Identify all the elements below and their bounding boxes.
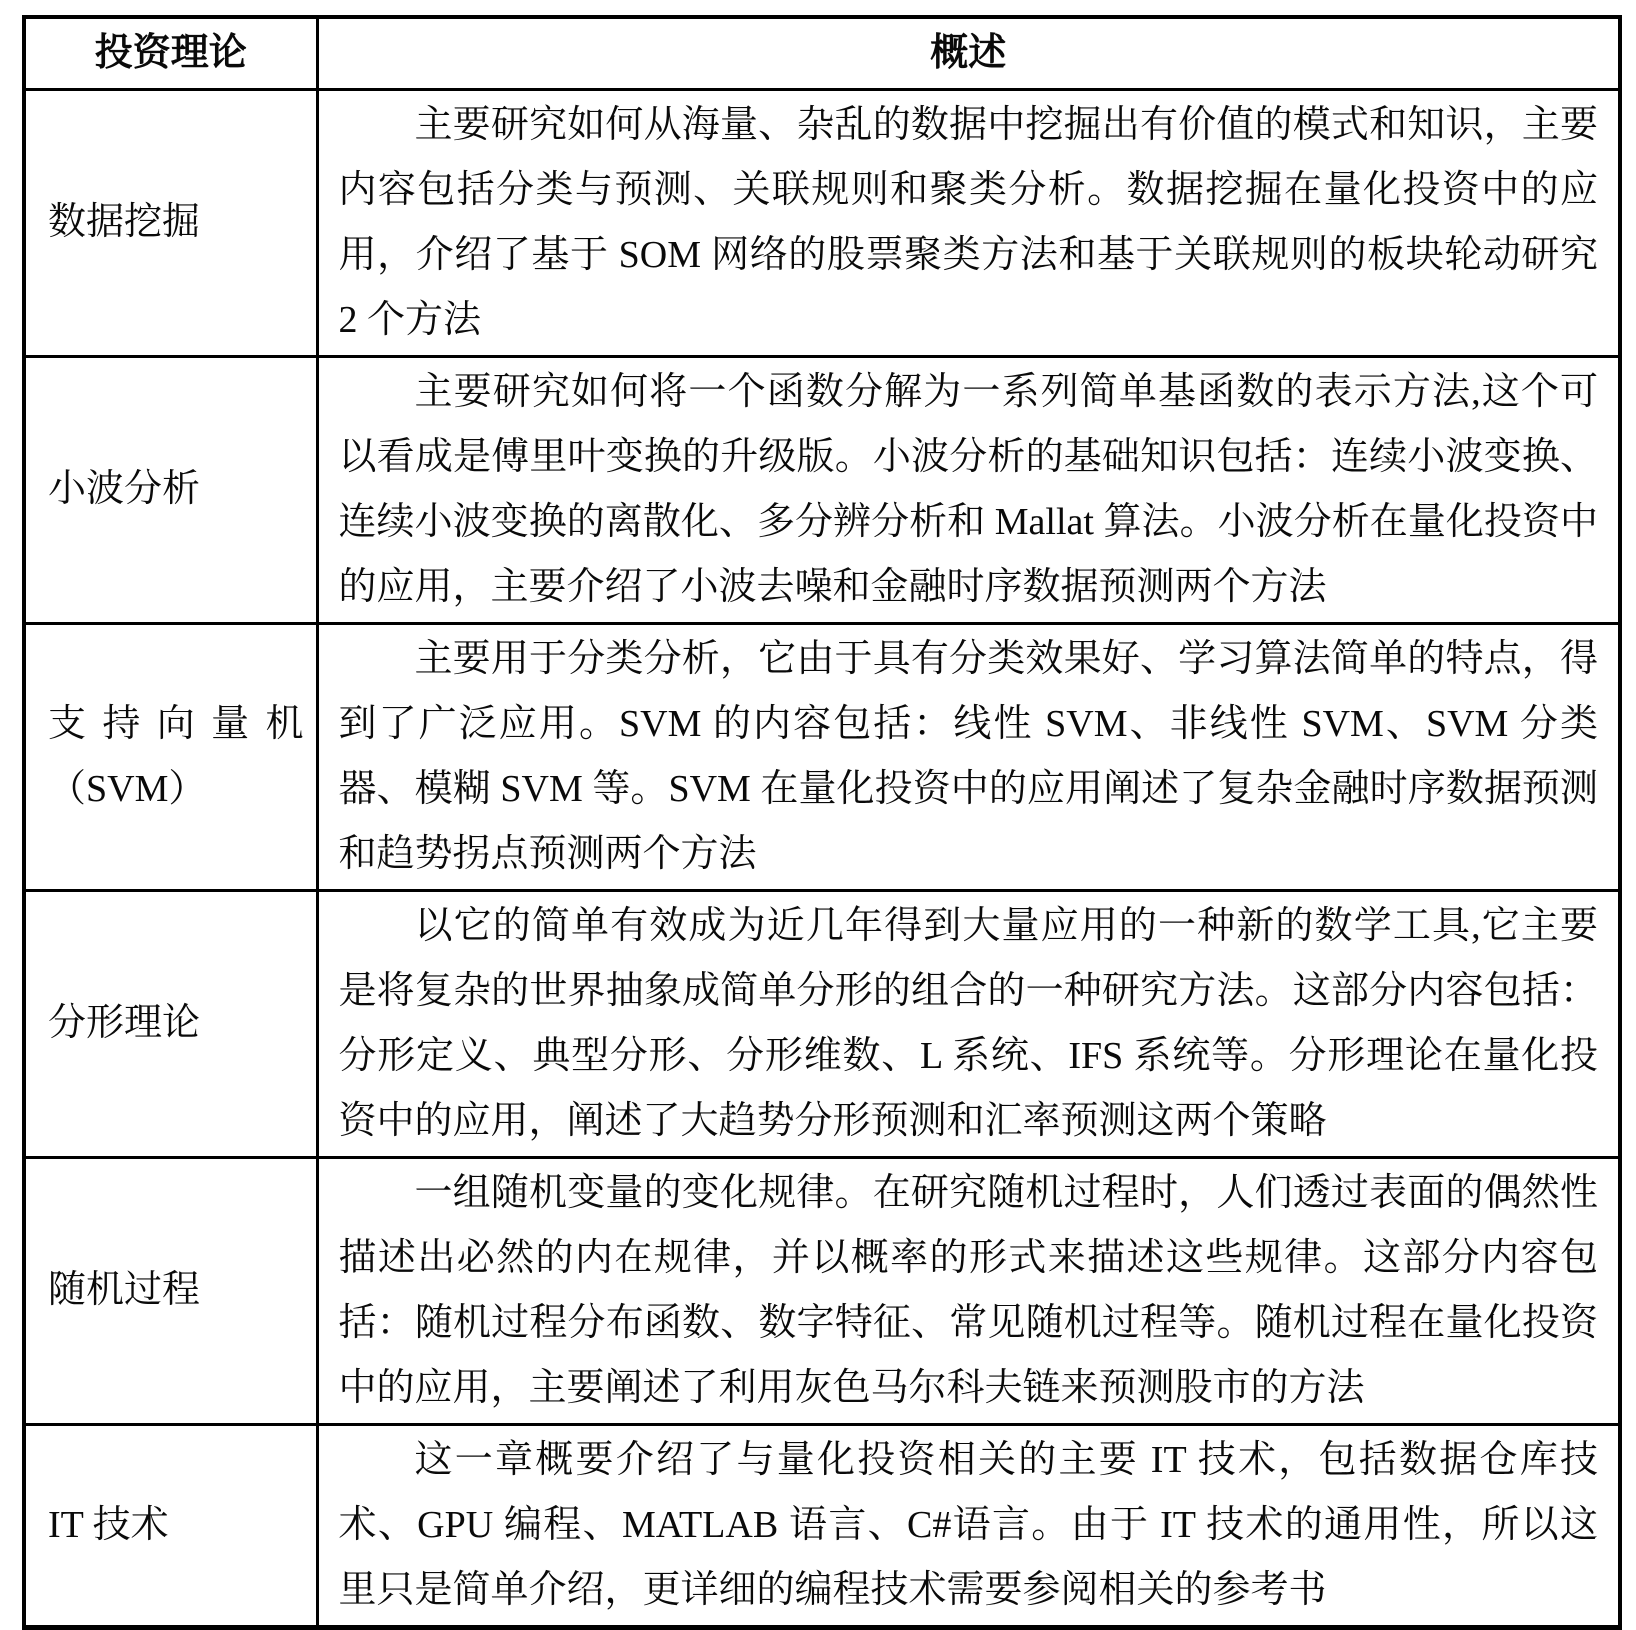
- table-row: 分形理论 以它的简单有效成为近几年得到大量应用的一种新的数学工具,它主要是将复杂…: [24, 890, 1620, 1157]
- investment-theory-table: 投资理论 概述 数据挖掘 主要研究如何从海量、杂乱的数据中挖掘出有价值的模式和知…: [22, 15, 1622, 1630]
- column-header-theory: 投资理论: [24, 17, 317, 89]
- theory-cell-it-technology: IT 技术: [24, 1424, 317, 1627]
- summary-cell: 主要研究如何将一个函数分解为一系列简单基函数的表示方法,这个可以看成是傅里叶变换…: [317, 356, 1620, 623]
- table-row: IT 技术 这一章概要介绍了与量化投资相关的主要 IT 技术，包括数据仓库技术、…: [24, 1424, 1620, 1627]
- summary-text: 这一章概要介绍了与量化投资相关的主要 IT 技术，包括数据仓库技术、GPU 编程…: [339, 1428, 1599, 1623]
- table-row: 随机过程 一组随机变量的变化规律。在研究随机过程时，人们透过表面的偶然性描述出必…: [24, 1157, 1620, 1424]
- summary-text: 一组随机变量的变化规律。在研究随机过程时，人们透过表面的偶然性描述出必然的内在规…: [339, 1161, 1599, 1421]
- summary-cell: 主要用于分类分析，它由于具有分类效果好、学习算法简单的特点，得到了广泛应用。SV…: [317, 623, 1620, 890]
- summary-text: 主要研究如何将一个函数分解为一系列简单基函数的表示方法,这个可以看成是傅里叶变换…: [339, 360, 1599, 620]
- summary-text: 主要用于分类分析，它由于具有分类效果好、学习算法简单的特点，得到了广泛应用。SV…: [339, 627, 1599, 887]
- table-row: 支持向量机（SVM） 主要用于分类分析，它由于具有分类效果好、学习算法简单的特点…: [24, 623, 1620, 890]
- header-row: 投资理论 概述: [24, 17, 1620, 89]
- summary-text: 以它的简单有效成为近几年得到大量应用的一种新的数学工具,它主要是将复杂的世界抽象…: [339, 894, 1599, 1154]
- theory-cell-fractal-theory: 分形理论: [24, 890, 317, 1157]
- summary-text: 主要研究如何从海量、杂乱的数据中挖掘出有价值的模式和知识，主要内容包括分类与预测…: [339, 93, 1599, 353]
- summary-cell: 一组随机变量的变化规律。在研究随机过程时，人们透过表面的偶然性描述出必然的内在规…: [317, 1157, 1620, 1424]
- theory-cell-svm: 支持向量机（SVM）: [24, 623, 317, 890]
- column-header-overview: 概述: [317, 17, 1620, 89]
- document-page: 投资理论 概述 数据挖掘 主要研究如何从海量、杂乱的数据中挖掘出有价值的模式和知…: [0, 0, 1636, 1555]
- table-row: 数据挖掘 主要研究如何从海量、杂乱的数据中挖掘出有价值的模式和知识，主要内容包括…: [24, 89, 1620, 356]
- theory-cell-wavelet-analysis: 小波分析: [24, 356, 317, 623]
- theory-cell-data-mining: 数据挖掘: [24, 89, 317, 356]
- summary-cell: 以它的简单有效成为近几年得到大量应用的一种新的数学工具,它主要是将复杂的世界抽象…: [317, 890, 1620, 1157]
- theory-cell-stochastic-process: 随机过程: [24, 1157, 317, 1424]
- table-row: 小波分析 主要研究如何将一个函数分解为一系列简单基函数的表示方法,这个可以看成是…: [24, 356, 1620, 623]
- summary-cell: 这一章概要介绍了与量化投资相关的主要 IT 技术，包括数据仓库技术、GPU 编程…: [317, 1424, 1620, 1627]
- summary-cell: 主要研究如何从海量、杂乱的数据中挖掘出有价值的模式和知识，主要内容包括分类与预测…: [317, 89, 1620, 356]
